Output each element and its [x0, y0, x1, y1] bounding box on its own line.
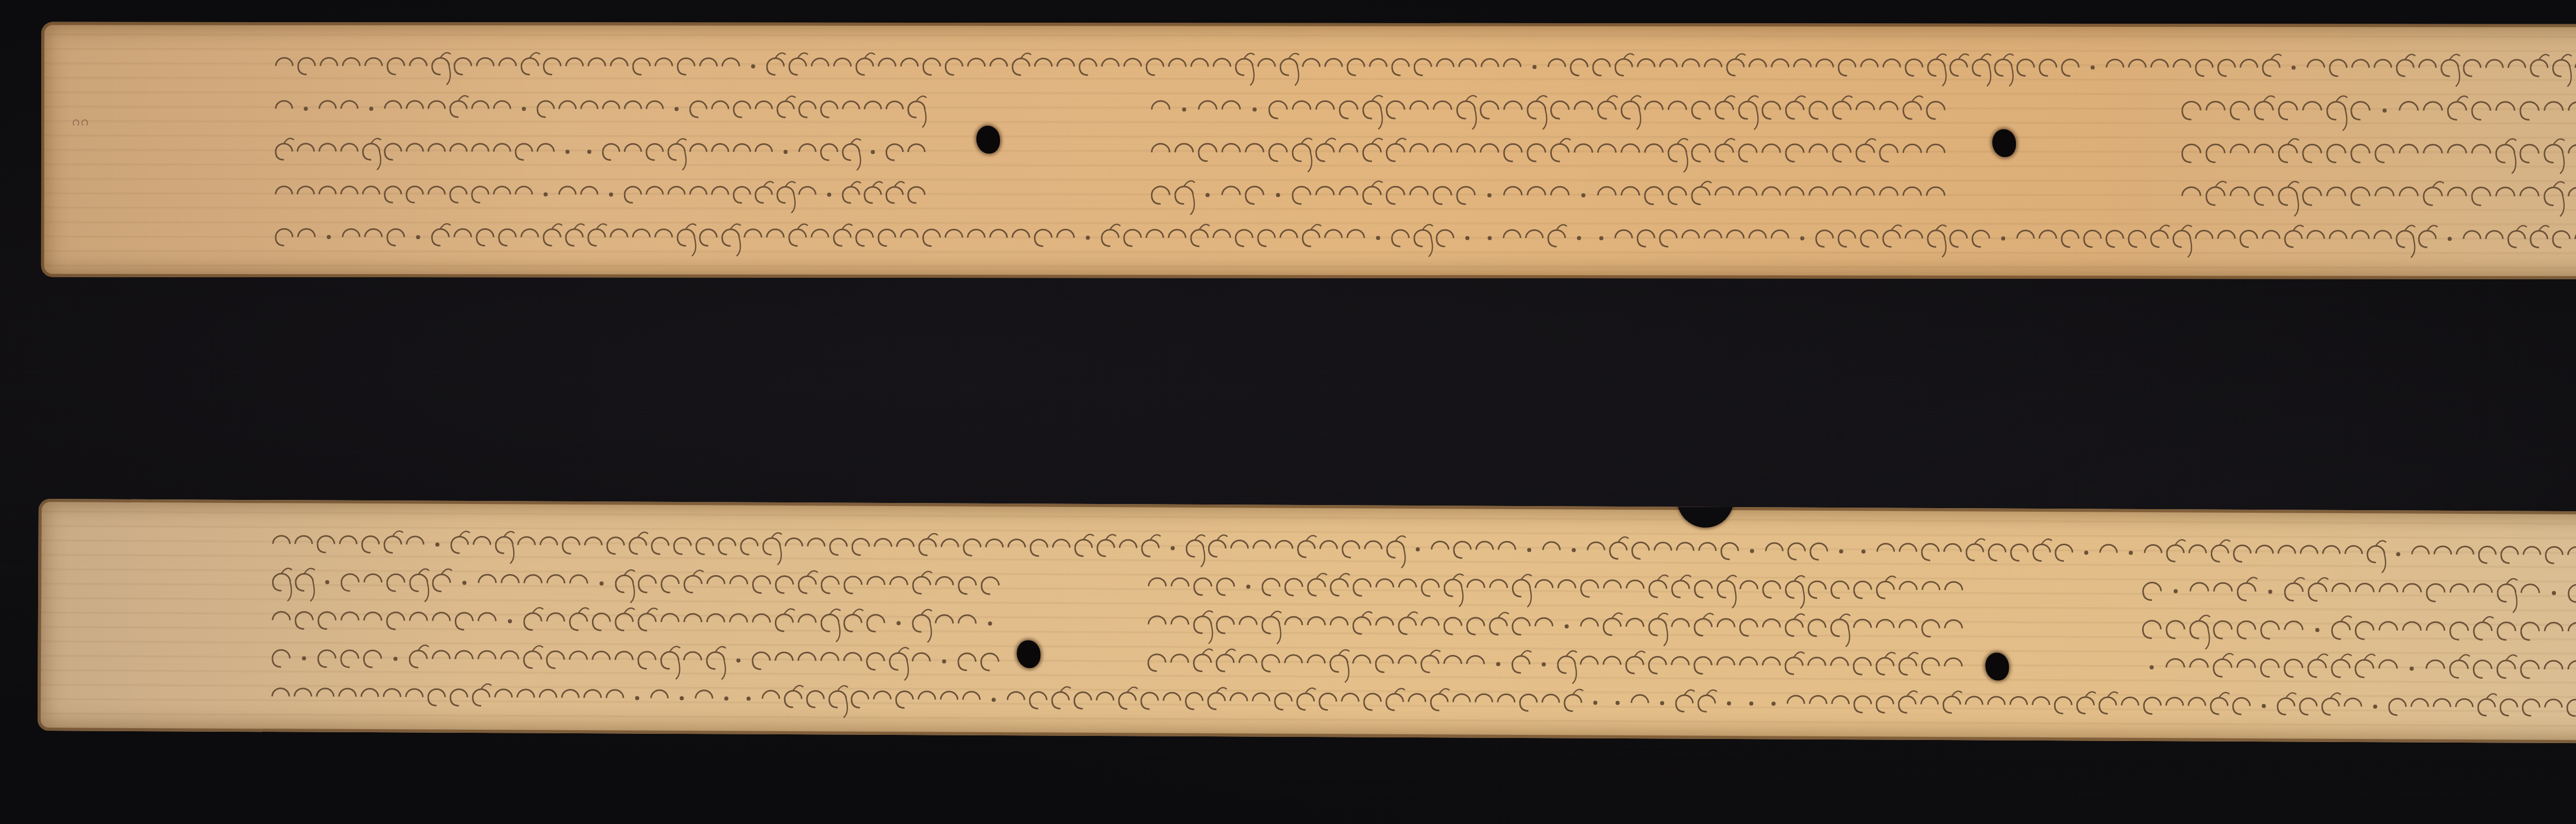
- script-line-segment: [2179, 87, 2576, 134]
- handwriting-glyphs: [1149, 172, 1947, 218]
- script-line-segment: [1149, 172, 1947, 218]
- binding-hole-left: [976, 126, 1000, 154]
- palm-leaf-folio-1: ဂဂ: [41, 22, 2576, 280]
- binding-hole-left: [1016, 640, 1040, 668]
- leaf-number: ဂဂ: [72, 112, 90, 132]
- script-line-segment: [2179, 173, 2576, 220]
- script-line-segment: [273, 43, 2576, 92]
- script-line-segment: [1149, 86, 1947, 133]
- handwriting-glyphs: [2179, 130, 2576, 177]
- handwriting-glyphs: [273, 43, 2576, 92]
- script-line-segment: [273, 128, 927, 175]
- script-line-segment: [273, 214, 2576, 263]
- handwriting-glyphs: [2179, 173, 2576, 220]
- script-line-segment: [273, 171, 927, 218]
- handwriting-glyphs: [273, 128, 927, 175]
- script-line-segment: [273, 86, 927, 132]
- script-line-segment: [1149, 129, 1947, 176]
- palm-leaf-folio-2: [38, 499, 2576, 745]
- handwriting-glyphs: [273, 214, 2576, 263]
- binding-hole-right: [1985, 652, 2009, 680]
- script-line-segment: [2179, 130, 2576, 177]
- handwriting-glyphs: [2179, 87, 2576, 134]
- handwriting-glyphs: [1149, 86, 1947, 133]
- handwriting-glyphs: [273, 86, 927, 132]
- handwriting-glyphs: [273, 171, 927, 218]
- handwriting-glyphs: [1149, 129, 1947, 176]
- binding-hole-right: [1992, 129, 2016, 157]
